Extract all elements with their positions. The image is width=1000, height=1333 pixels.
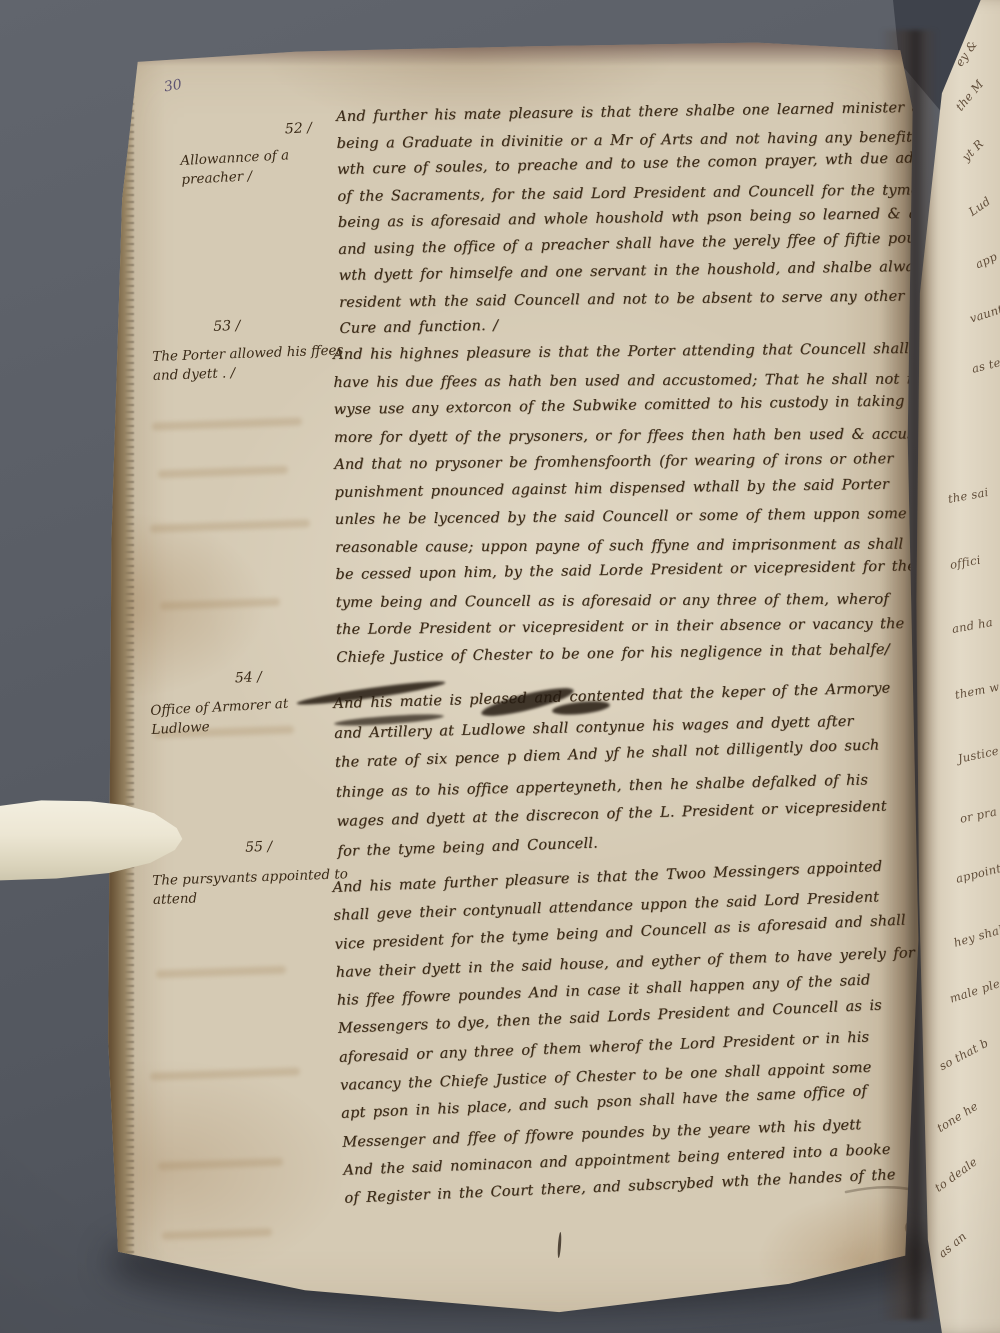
manuscript-photograph: ey & the M yt R Lud app vaunt as te the … <box>0 0 1000 1333</box>
section-number: 53 / <box>213 317 241 337</box>
page-top-stain <box>100 40 920 66</box>
facing-page-text-fragment: yt R <box>959 137 986 164</box>
facing-page-text-fragment: male ple <box>948 976 1000 1005</box>
folio-number: 30 <box>163 77 183 96</box>
facing-page-text-fragment: so that b <box>937 1036 991 1074</box>
facing-page-text-fragment: Lud <box>966 194 993 219</box>
paragraph-53: And his highnes pleasure is that the Por… <box>333 335 964 672</box>
manuscript-text-line: more for dyett of the prysoners, or for … <box>334 421 962 452</box>
facing-page-text-fragment: hey shal <box>952 922 1000 949</box>
facing-page-text-fragment: to deale <box>932 1154 980 1194</box>
facing-page-text-fragment: the sai <box>947 485 990 506</box>
facing-page-text-fragment: and ha <box>951 615 994 636</box>
facing-page-text-fragment: them w <box>954 680 1000 702</box>
facing-page-text-fragment: as an <box>936 1229 970 1260</box>
facing-page-text-fragment: as te <box>970 355 1000 376</box>
margin-note-label: Office of Armorer at Ludlowe <box>150 696 289 738</box>
section-number: 54 / <box>234 668 262 688</box>
facing-page-text-fragment: Justice <box>957 744 1000 766</box>
section-number: 55 / <box>245 838 273 858</box>
facing-page-text-fragment: tone he <box>934 1099 980 1135</box>
facing-page-text-fragment: the M <box>953 77 987 113</box>
manuscript-text-line: And his highnes pleasure is that the Por… <box>333 335 961 369</box>
facing-page-text-fragment: or pra <box>959 804 999 826</box>
manuscript-page: 30 52 / Allowannce of a preacher / 53 / … <box>100 40 920 1325</box>
paragraph-55: And his mate further pleasure is that th… <box>332 852 924 1214</box>
manuscript-text-line: tyme being and Councell as is aforesaid … <box>336 586 964 617</box>
margin-note-55: 55 / The pursyvants appointed to attend <box>152 865 358 910</box>
margin-note-53: 53 / The Porter allowed his ffees and dy… <box>152 341 358 386</box>
section-number: 52 / <box>284 119 312 139</box>
paragraph-54: And his matie is pleased and contented t… <box>333 674 895 866</box>
facing-page-text-fragment: vaunt <box>968 302 1000 326</box>
facing-page-text-fragment: appointe <box>954 859 1000 886</box>
book-spine-edge <box>100 54 134 1313</box>
facing-page-text-fragment: offici <box>949 553 982 572</box>
margin-note-52: 52 / Allowannce of a preacher / <box>180 143 347 190</box>
margin-note-label: The pursyvants appointed to attend <box>152 866 348 908</box>
book-gutter-shadow <box>880 30 938 1320</box>
margin-note-label: The Porter allowed his ffees and dyett .… <box>152 342 344 384</box>
ink-mark <box>557 1232 562 1258</box>
margin-note-label: Allowannce of a preacher / <box>180 147 290 188</box>
facing-page-text-fragment: app <box>973 249 999 271</box>
